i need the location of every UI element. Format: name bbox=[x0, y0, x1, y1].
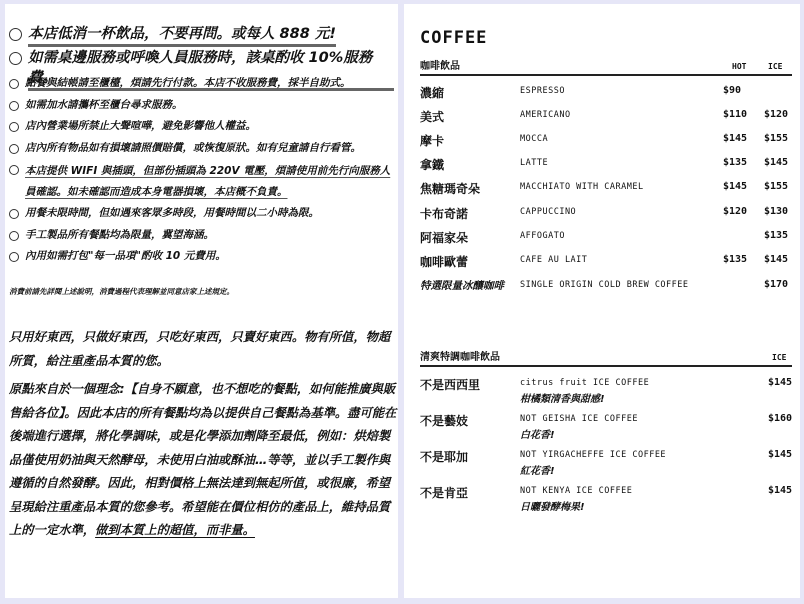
price-ice: $155 bbox=[764, 133, 788, 144]
philosophy-paragraph-2: 原點來自於一個理念:【自身不願意，也不想吃的餐點，如何能推廣與販售給各位】。因此… bbox=[9, 378, 397, 543]
item-name-en: MOCCA bbox=[520, 134, 548, 144]
price-ice: $135 bbox=[764, 230, 788, 241]
menu-item: 濃縮 ESPRESSO $90 bbox=[420, 84, 792, 108]
item-name-zh: 美式 bbox=[420, 108, 444, 125]
item-name-zh: 拿鐵 bbox=[420, 156, 444, 173]
rule-item: 本店提供 WIFI 與插頭，但部份插頭為 220V 電壓，煩請使用前先行向服務人… bbox=[9, 161, 394, 205]
item-description: 日曬發酵梅果! bbox=[520, 498, 585, 513]
rule-text: 本店低消一杯飲品，不要再問。或每人 888 元! bbox=[28, 24, 336, 47]
circle-bullet-icon bbox=[9, 252, 19, 262]
price-ice: $155 bbox=[764, 181, 788, 192]
price-ice: $170 bbox=[764, 279, 788, 290]
item-name-en: NOT YIRGACHEFFE ICE COFFEE bbox=[520, 450, 666, 460]
item-name-en: SINGLE ORIGIN COLD BREW COFFEE bbox=[520, 280, 689, 290]
menu-item: 不是西西里 citrus fruit ICE COFFEE 柑橘類清香與甜感! … bbox=[420, 376, 792, 412]
price-ice: $145 bbox=[768, 449, 792, 460]
menu-item: 摩卡 MOCCA $145 $155 bbox=[420, 132, 792, 156]
price-ice: $145 bbox=[764, 254, 788, 265]
item-name-zh: 卡布奇諾 bbox=[420, 205, 468, 222]
price-ice: $145 bbox=[768, 485, 792, 496]
rule-text: 如需加水請攜杯至櫃台尋求服務。 bbox=[25, 97, 183, 114]
item-name-en: ESPRESSO bbox=[520, 86, 565, 96]
item-name-zh: 特選限量冰釀咖啡 bbox=[420, 278, 504, 293]
circle-bullet-icon bbox=[9, 101, 19, 111]
menu-item: 卡布奇諾 CAPPUCCINO $120 $130 bbox=[420, 205, 792, 229]
section-header-special-coffee: 清爽特調咖啡飲品 ICE bbox=[420, 351, 792, 367]
rule-text: 內用如需打包"每一品項"酌收 10 元費用。 bbox=[25, 248, 226, 265]
item-name-zh: 摩卡 bbox=[420, 132, 444, 149]
philosophy-paragraph-1: 只用好東西，只做好東西，只吃好東西，只賣好東西。物有所值，物超所質，給注重產品本… bbox=[9, 326, 397, 373]
item-name-zh: 不是耶加 bbox=[420, 448, 468, 465]
price-ice: $145 bbox=[768, 377, 792, 388]
price-hot: $90 bbox=[723, 85, 741, 96]
item-name-en: LATTE bbox=[520, 158, 548, 168]
item-name-zh: 焦糖瑪奇朵 bbox=[420, 180, 480, 197]
price-hot: $135 bbox=[723, 254, 747, 265]
store-rules-page: 本店低消一杯飲品，不要再問。或每人 888 元! 如需桌邊服務或呼喚人員服務時，… bbox=[5, 4, 398, 598]
item-name-zh: 咖啡歐蕾 bbox=[420, 253, 468, 270]
rule-item: 內用如需打包"每一品項"酌收 10 元費用。 bbox=[9, 248, 394, 270]
price-hot: $120 bbox=[723, 206, 747, 217]
price-ice: $160 bbox=[768, 413, 792, 424]
paragraph-text: 原點來自於一個理念:【自身不願意，也不想吃的餐點，如何能推廣與販售給各位】。因此… bbox=[9, 382, 396, 537]
paragraph-underlined-text: 做到本質上的超值，而非量。 bbox=[95, 523, 255, 537]
rule-text: 手工製品所有餐點均為限量，冀望海涵。 bbox=[25, 227, 214, 244]
item-name-en: NOT KENYA ICE COFFEE bbox=[520, 486, 632, 496]
circle-bullet-icon bbox=[9, 122, 19, 132]
item-name-en: CAPPUCCINO bbox=[520, 207, 576, 217]
coffee-menu-page: COFFEE 咖啡飲品 HOT ICE 濃縮 ESPRESSO $90 美式 A… bbox=[404, 4, 800, 598]
item-name-en: MACCHIATO WITH CARAMEL bbox=[520, 182, 644, 192]
price-ice: $130 bbox=[764, 206, 788, 217]
rules-list: 本店低消一杯飲品，不要再問。或每人 888 元! 如需桌邊服務或呼喚人員服務時，… bbox=[9, 24, 394, 270]
rule-text: 店內營業場所禁止大聲喧嘩，避免影響他人權益。 bbox=[25, 118, 256, 135]
item-description: 柑橘類清香與甜感! bbox=[520, 390, 605, 405]
circle-bullet-icon bbox=[9, 165, 19, 175]
price-ice: $120 bbox=[764, 109, 788, 120]
menu-item: 不是藝妓 NOT GEISHA ICE COFFEE 白花香! $160 bbox=[420, 412, 792, 448]
circle-bullet-icon bbox=[9, 52, 22, 65]
section-heading: 咖啡飲品 bbox=[420, 61, 460, 72]
circle-bullet-icon bbox=[9, 231, 19, 241]
item-name-en: CAFE AU LAIT bbox=[520, 255, 587, 265]
rule-item: 點餐與結帳請至櫃檯，煩請先行付款。本店不收服務費，採半自助式。 bbox=[9, 75, 394, 97]
column-hot-label: HOT bbox=[732, 60, 746, 74]
rule-text: 用餐未限時間，但如遇來客眾多時段，用餐時間以二小時為限。 bbox=[25, 205, 319, 222]
price-hot: $135 bbox=[723, 157, 747, 168]
price-hot: $145 bbox=[723, 133, 747, 144]
circle-bullet-icon bbox=[9, 209, 19, 219]
menu-item: 阿福家朵 AFFOGATO $135 bbox=[420, 229, 792, 253]
item-description: 白花香! bbox=[520, 426, 555, 441]
consumption-note: 消費前請先詳閱上述說明，消費過程代表理解並同意店家上述規定。 bbox=[9, 286, 234, 297]
column-ice-label: ICE bbox=[772, 351, 786, 365]
item-name-zh: 阿福家朵 bbox=[420, 229, 468, 246]
item-name-en: NOT GEISHA ICE COFFEE bbox=[520, 414, 638, 424]
menu-item: 不是肯亞 NOT KENYA ICE COFFEE 日曬發酵梅果! $145 bbox=[420, 484, 792, 520]
item-name-en: AMERICANO bbox=[520, 110, 571, 120]
menu-item: 拿鐵 LATTE $135 $145 bbox=[420, 156, 792, 180]
section-heading: 清爽特調咖啡飲品 bbox=[420, 352, 500, 363]
column-ice-label: ICE bbox=[768, 60, 782, 74]
item-name-zh: 不是藝妓 bbox=[420, 412, 468, 429]
circle-bullet-icon bbox=[9, 144, 19, 154]
rule-item: 如需桌邊服務或呼喚人員服務時，該桌酌收 10%服務費。 bbox=[9, 48, 394, 70]
price-hot: $110 bbox=[723, 109, 747, 120]
menu-item: 美式 AMERICANO $110 $120 bbox=[420, 108, 792, 132]
item-name-zh: 濃縮 bbox=[420, 84, 444, 101]
rule-item: 本店低消一杯飲品，不要再問。或每人 888 元! bbox=[9, 24, 394, 46]
rule-text: 點餐與結帳請至櫃檯，煩請先行付款。本店不收服務費，採半自助式。 bbox=[25, 75, 351, 92]
circle-bullet-icon bbox=[9, 79, 19, 89]
menu-item: 不是耶加 NOT YIRGACHEFFE ICE COFFEE 紅花香! $14… bbox=[420, 448, 792, 484]
menu-title: COFFEE bbox=[420, 28, 487, 48]
item-description: 紅花香! bbox=[520, 462, 555, 477]
menu-item: 咖啡歐蕾 CAFE AU LAIT $135 $145 bbox=[420, 253, 792, 277]
rule-item: 店內營業場所禁止大聲喧嘩，避免影響他人權益。 bbox=[9, 118, 394, 140]
item-name-zh: 不是肯亞 bbox=[420, 484, 468, 501]
rule-item: 用餐未限時間，但如遇來客眾多時段，用餐時間以二小時為限。 bbox=[9, 205, 394, 227]
menu-item: 特選限量冰釀咖啡 SINGLE ORIGIN COLD BREW COFFEE … bbox=[420, 278, 792, 302]
item-name-zh: 不是西西里 bbox=[420, 376, 480, 393]
rule-text: 店內所有物品如有損壞請照價賠償，或恢復原狀。如有兒童請自行看管。 bbox=[25, 140, 361, 157]
item-name-en: AFFOGATO bbox=[520, 231, 565, 241]
rule-text: 本店提供 WIFI 與插頭，但部份插頭為 220V 電壓，煩請使用前先行向服務人… bbox=[25, 161, 394, 203]
circle-bullet-icon bbox=[9, 28, 22, 41]
item-name-en: citrus fruit ICE COFFEE bbox=[520, 378, 649, 388]
rule-item: 如需加水請攜杯至櫃台尋求服務。 bbox=[9, 97, 394, 119]
rule-item: 手工製品所有餐點均為限量，冀望海涵。 bbox=[9, 227, 394, 249]
price-hot: $145 bbox=[723, 181, 747, 192]
price-ice: $145 bbox=[764, 157, 788, 168]
menu-item: 焦糖瑪奇朵 MACCHIATO WITH CARAMEL $145 $155 bbox=[420, 180, 792, 204]
section-header-coffee: 咖啡飲品 HOT ICE bbox=[420, 60, 792, 76]
rule-item: 店內所有物品如有損壞請照價賠償，或恢復原狀。如有兒童請自行看管。 bbox=[9, 140, 394, 162]
